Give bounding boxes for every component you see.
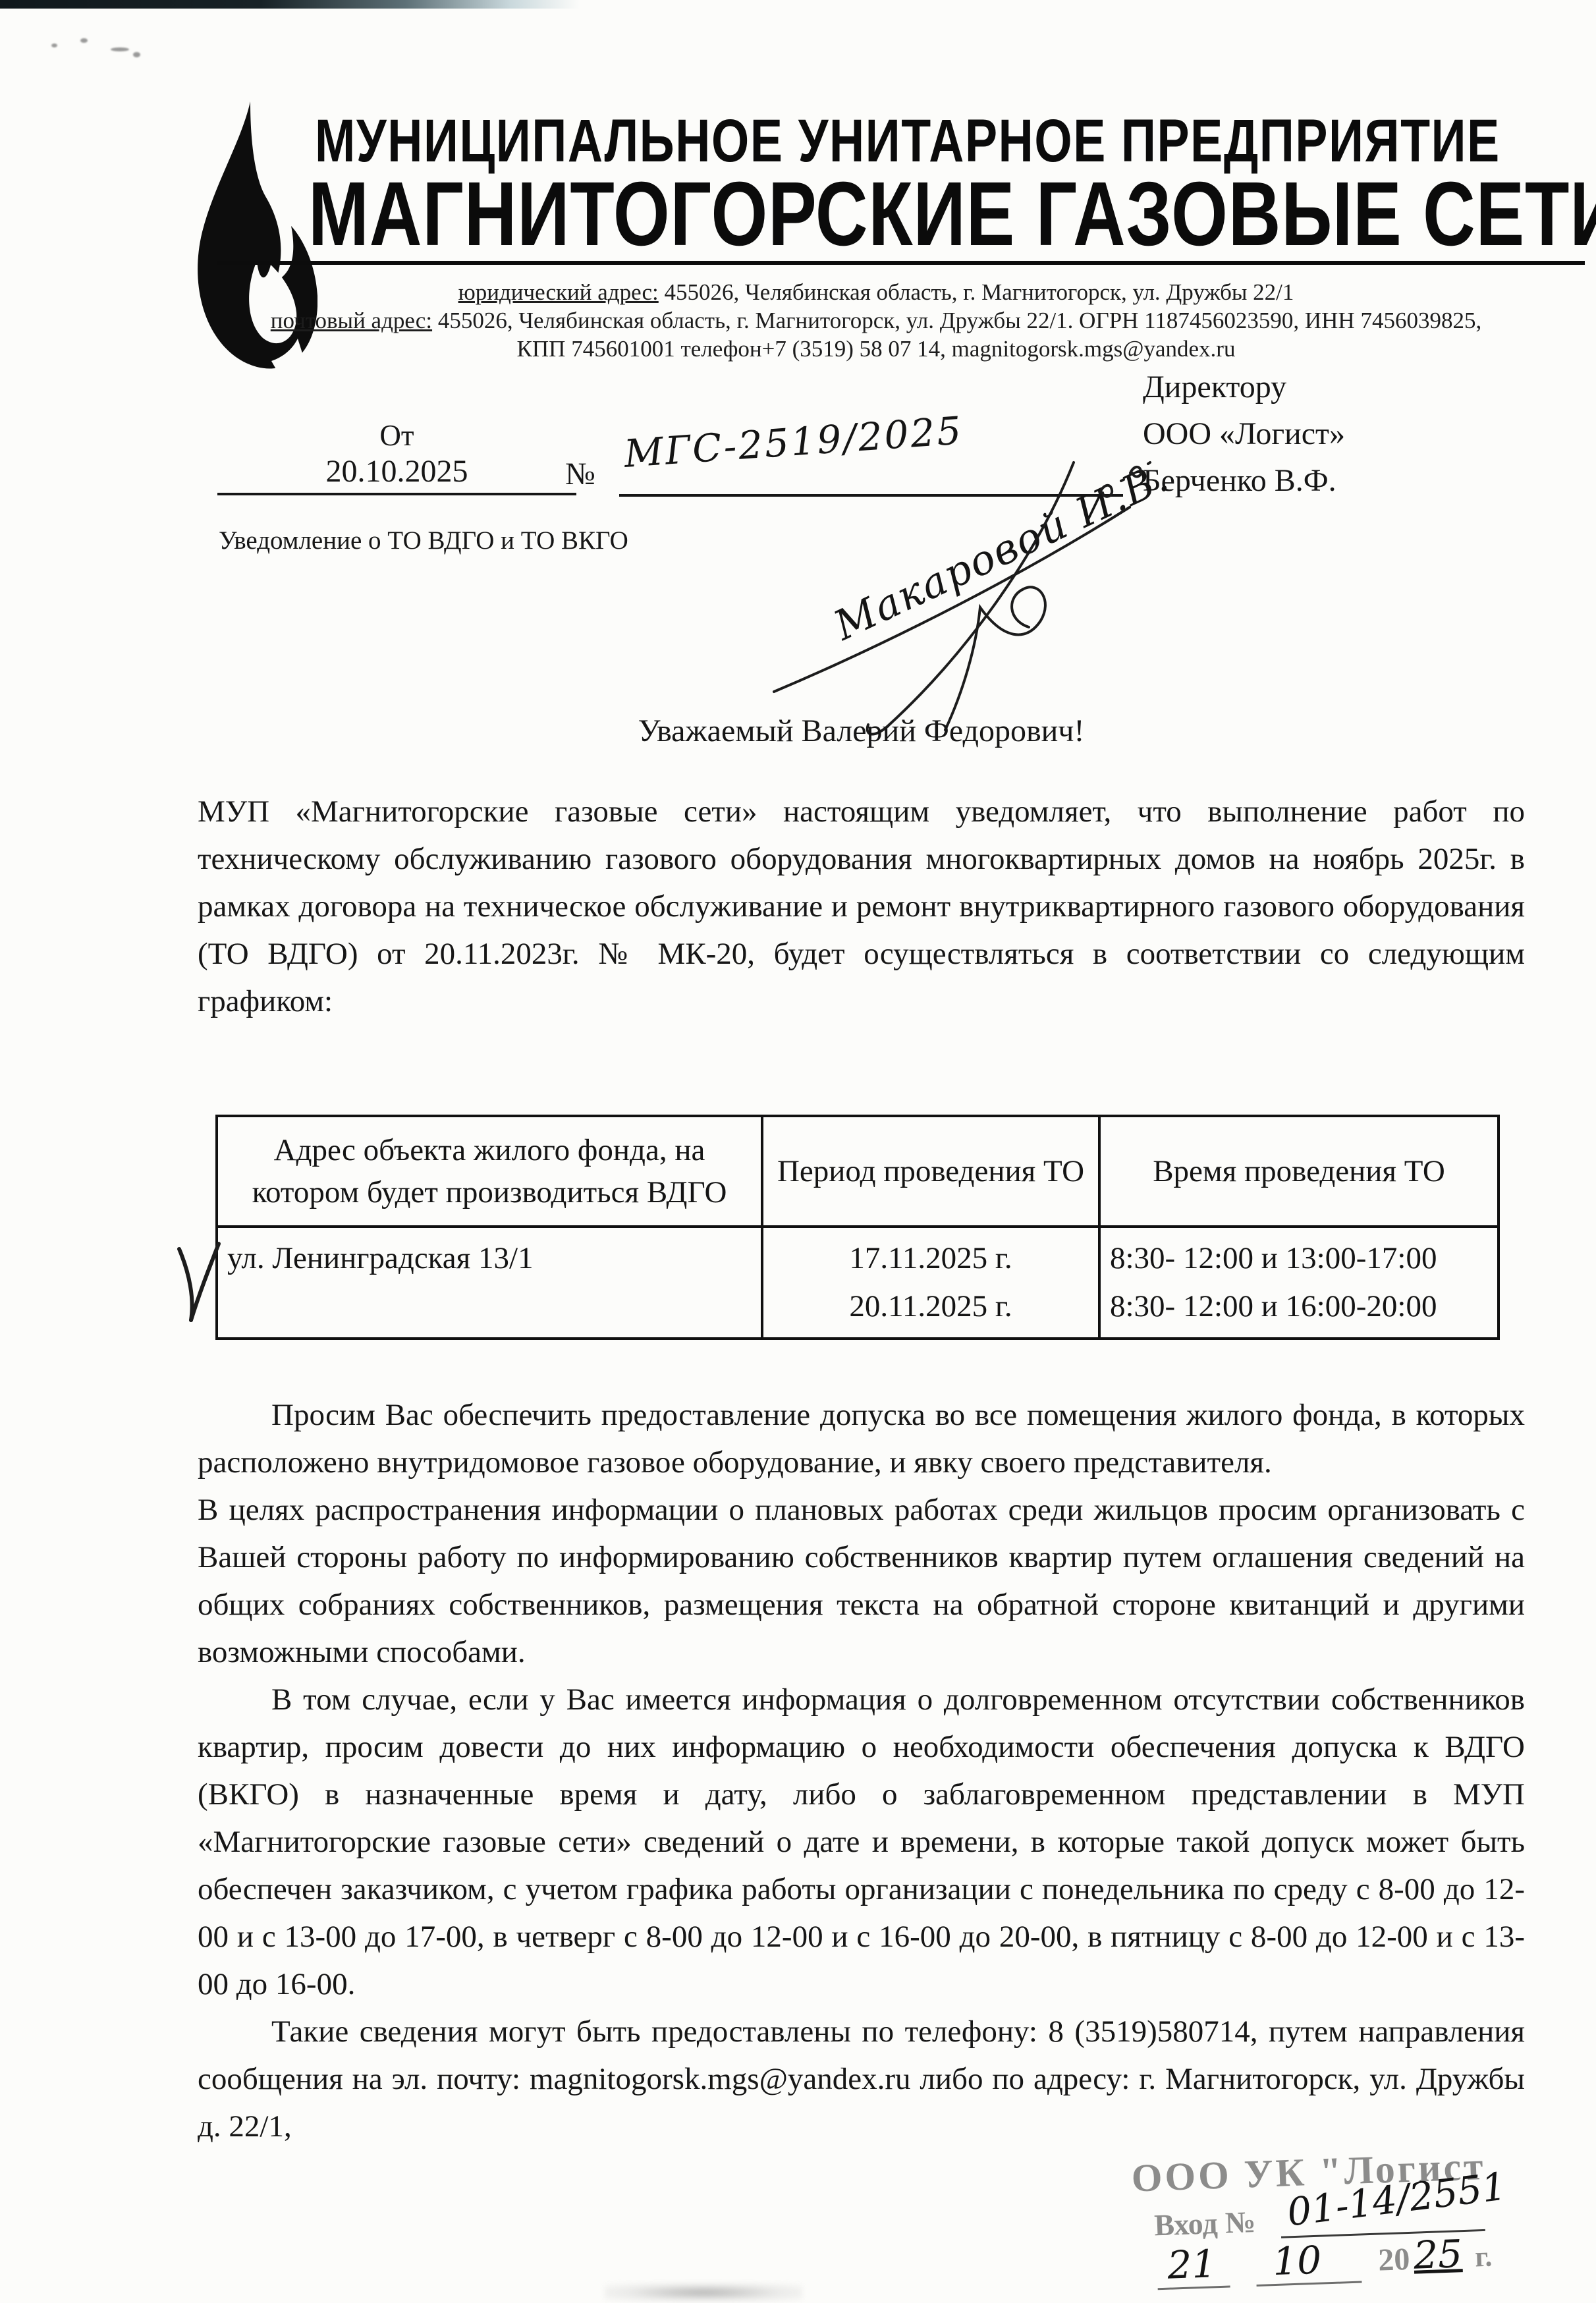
time-2: 8:30- 12:00 и 16:00-20:00 xyxy=(1110,1283,1488,1331)
reference-date-block: От 20.10.2025 xyxy=(217,418,576,490)
body-paragraph-2: Просим Вас обеспечить предоставление доп… xyxy=(198,1391,1525,1486)
header-time: Время проведения ТО xyxy=(1099,1116,1499,1227)
period-1: 17.11.2025 г. xyxy=(773,1235,1089,1283)
letterhead-divider xyxy=(217,261,1585,265)
postal-address-label: почтовый адрес: xyxy=(271,308,432,333)
scan-speck xyxy=(80,38,88,43)
scan-speck xyxy=(51,43,57,47)
stamp-day-handwritten: 21 xyxy=(1167,2241,1217,2288)
number-label: № xyxy=(565,456,595,492)
postal-address-line: почтовый адрес: 455026, Челябинская обла… xyxy=(211,306,1541,335)
greeting-line: Уважаемый Валерий Федорович! xyxy=(198,713,1525,749)
postal-address-value: 455026, Челябинская область, г. Магнитог… xyxy=(432,308,1481,333)
header-period: Период проведения ТО xyxy=(762,1116,1099,1227)
time-1: 8:30- 12:00 и 13:00-17:00 xyxy=(1110,1235,1488,1283)
letterhead-org-name: МАГНИТОГОРСКИЕ ГАЗОВЫЕ СЕТИ xyxy=(308,162,1596,267)
scan-artifact-top-band xyxy=(0,0,580,9)
cell-periods: 17.11.2025 г. 20.11.2025 г. xyxy=(762,1227,1099,1339)
scan-speck xyxy=(133,52,140,57)
contact-line: КПП 745601001 телефон+7 (3519) 58 07 14,… xyxy=(211,335,1541,363)
stamp-year-handwritten: 25 xyxy=(1413,2231,1463,2278)
from-label: От xyxy=(217,418,576,453)
stamp-month-handwritten: 10 xyxy=(1272,2238,1322,2285)
recipient-company: ООО «Логист» xyxy=(1143,410,1345,457)
scanned-letter-page: МУНИЦИПАЛЬНОЕ УНИТАРНОЕ ПРЕДПРИЯТИЕ МАГН… xyxy=(0,0,1596,2303)
header-address: Адрес объекта жилого фонда, на котором б… xyxy=(217,1116,762,1227)
body-paragraph-1: МУП «Магнитогорские газовые сети» настоя… xyxy=(198,788,1525,1025)
stamp-year-prefix: 20 xyxy=(1377,2241,1410,2279)
cell-address: ул. Ленинградская 13/1 xyxy=(217,1227,762,1339)
table-row: ул. Ленинградская 13/1 17.11.2025 г. 20.… xyxy=(217,1227,1499,1339)
body-paragraph-3: В целях распространения информации о пла… xyxy=(198,1486,1525,1676)
legal-address-value: 455026, Челябинская область, г. Магнитог… xyxy=(659,279,1294,305)
period-2: 20.11.2025 г. xyxy=(773,1283,1089,1331)
body-paragraphs: Просим Вас обеспечить предоставление доп… xyxy=(198,1391,1525,2150)
scan-speck xyxy=(111,47,129,51)
stamp-in-label: Вход № xyxy=(1153,2204,1256,2242)
legal-address-label: юридический адрес: xyxy=(458,279,659,305)
recipient-block: Директору ООО «Логист» Берченко В.Ф. xyxy=(1143,364,1345,504)
legal-address-line: юридический адрес: 455026, Челябинская о… xyxy=(211,278,1541,306)
stamp-year-suffix: г. xyxy=(1474,2240,1493,2274)
incoming-stamp: ООО УК "Логист Вход № 01-14/2551 21 10 2… xyxy=(1112,2134,1552,2300)
scan-smudge-bottom xyxy=(605,2283,802,2302)
subject-line: Уведомление о ТО ВДГО и ТО ВКГО xyxy=(219,526,628,555)
handwritten-checkmark xyxy=(170,1236,225,1328)
body-paragraph-4: В том случае, если у Вас имеется информа… xyxy=(198,1676,1525,2008)
cell-times: 8:30- 12:00 и 13:00-17:00 8:30- 12:00 и … xyxy=(1099,1227,1499,1339)
recipient-title: Директору xyxy=(1143,364,1345,410)
letter-date: 20.10.2025 xyxy=(217,453,576,490)
table-header-row: Адрес объекта жилого фонда, на котором б… xyxy=(217,1116,1499,1227)
signature-flourish xyxy=(744,415,1153,744)
schedule-table: Адрес объекта жилого фонда, на котором б… xyxy=(215,1115,1500,1340)
date-underline xyxy=(217,493,576,495)
letterhead-addresses: юридический адрес: 455026, Челябинская о… xyxy=(211,278,1541,363)
body-paragraph-5: Такие сведения могут быть предоставлены … xyxy=(198,2008,1525,2150)
